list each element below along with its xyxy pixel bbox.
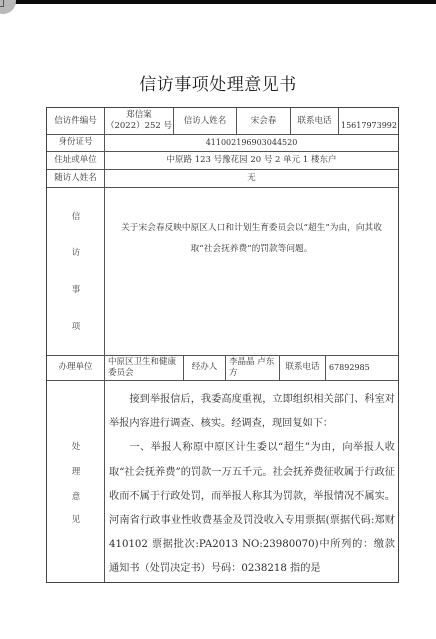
petitioner-value: 宋会春 — [237, 108, 290, 134]
matter-label-char: 项 — [47, 320, 105, 332]
opinion-label-char: 理 — [47, 465, 105, 477]
petition-matter-line1: 关于宋会春反映中原区人口和计划生育委员会以“超生”为由，向其收 — [109, 218, 394, 239]
top-bar — [0, 0, 436, 4]
matter-label-char: 事 — [47, 283, 105, 295]
case-no-value-line1: 郑信案 — [126, 110, 152, 121]
address-value: 中原路 123 号豫花园 20 号 2 单元 1 楼东户 — [105, 151, 398, 169]
handling-phone-value: 67892985 — [326, 355, 399, 380]
handler-value: 李晶晶 卢东方 — [226, 355, 275, 380]
companion-label: 随访人姓名 — [47, 169, 104, 187]
matter-label-char: 信 — [47, 210, 105, 222]
opinion-paragraph: 一、举报人称原中原区计生委以“超生”为由，向举报人收取“社会抚养费”的罚款一万五… — [109, 436, 395, 581]
case-no-label: 信访件编号 — [47, 108, 104, 134]
case-no-value-line2: （2022）252 号 — [106, 121, 172, 132]
id-label: 身份证号 — [47, 134, 104, 151]
handler-label: 经办人 — [184, 355, 225, 380]
back-button[interactable] — [0, 0, 16, 14]
handling-unit-value: 中原区卫生和健康委员会 — [105, 355, 182, 380]
row-divider — [47, 187, 398, 188]
petition-matter-text: 关于宋会春反映中原区人口和计划生育委员会以“超生”为由，向其收 取“社会抚养费”… — [109, 218, 394, 260]
handling-phone-label: 联系电话 — [280, 355, 325, 380]
row-divider — [47, 380, 398, 381]
petition-table: 信访件编号 郑信案 （2022）252 号 信访人姓名 宋会春 联系电话 156… — [46, 107, 399, 583]
opinion-paragraph: 接到举报信后，我委高度重视，立即组织相关部门、科室对举报内容进行调查、核实。经调… — [109, 388, 395, 436]
companion-value: 无 — [105, 169, 398, 187]
back-icon — [0, 0, 4, 7]
matter-label-char: 访 — [47, 246, 105, 258]
id-value: 411002196903044520 — [105, 134, 398, 151]
handling-opinion-text: 接到举报信后，我委高度重视，立即组织相关部门、科室对举报内容进行调查、核实。经调… — [109, 388, 395, 582]
petition-matter-line2: 取“社会抚养费”的罚款等问题。 — [109, 239, 394, 260]
petitioner-label: 信访人姓名 — [174, 108, 236, 134]
handling-unit-label: 办理单位 — [47, 355, 104, 380]
document-title: 信访事项处理意见书 — [0, 70, 436, 95]
opinion-label-char: 处 — [47, 440, 105, 452]
case-no-value: 郑信案 （2022）252 号 — [105, 108, 173, 134]
opinion-label-char: 见 — [47, 513, 105, 525]
opinion-label-char: 意 — [47, 490, 105, 502]
phone-label: 联系电话 — [291, 108, 338, 134]
address-label: 住址或单位 — [47, 151, 104, 169]
